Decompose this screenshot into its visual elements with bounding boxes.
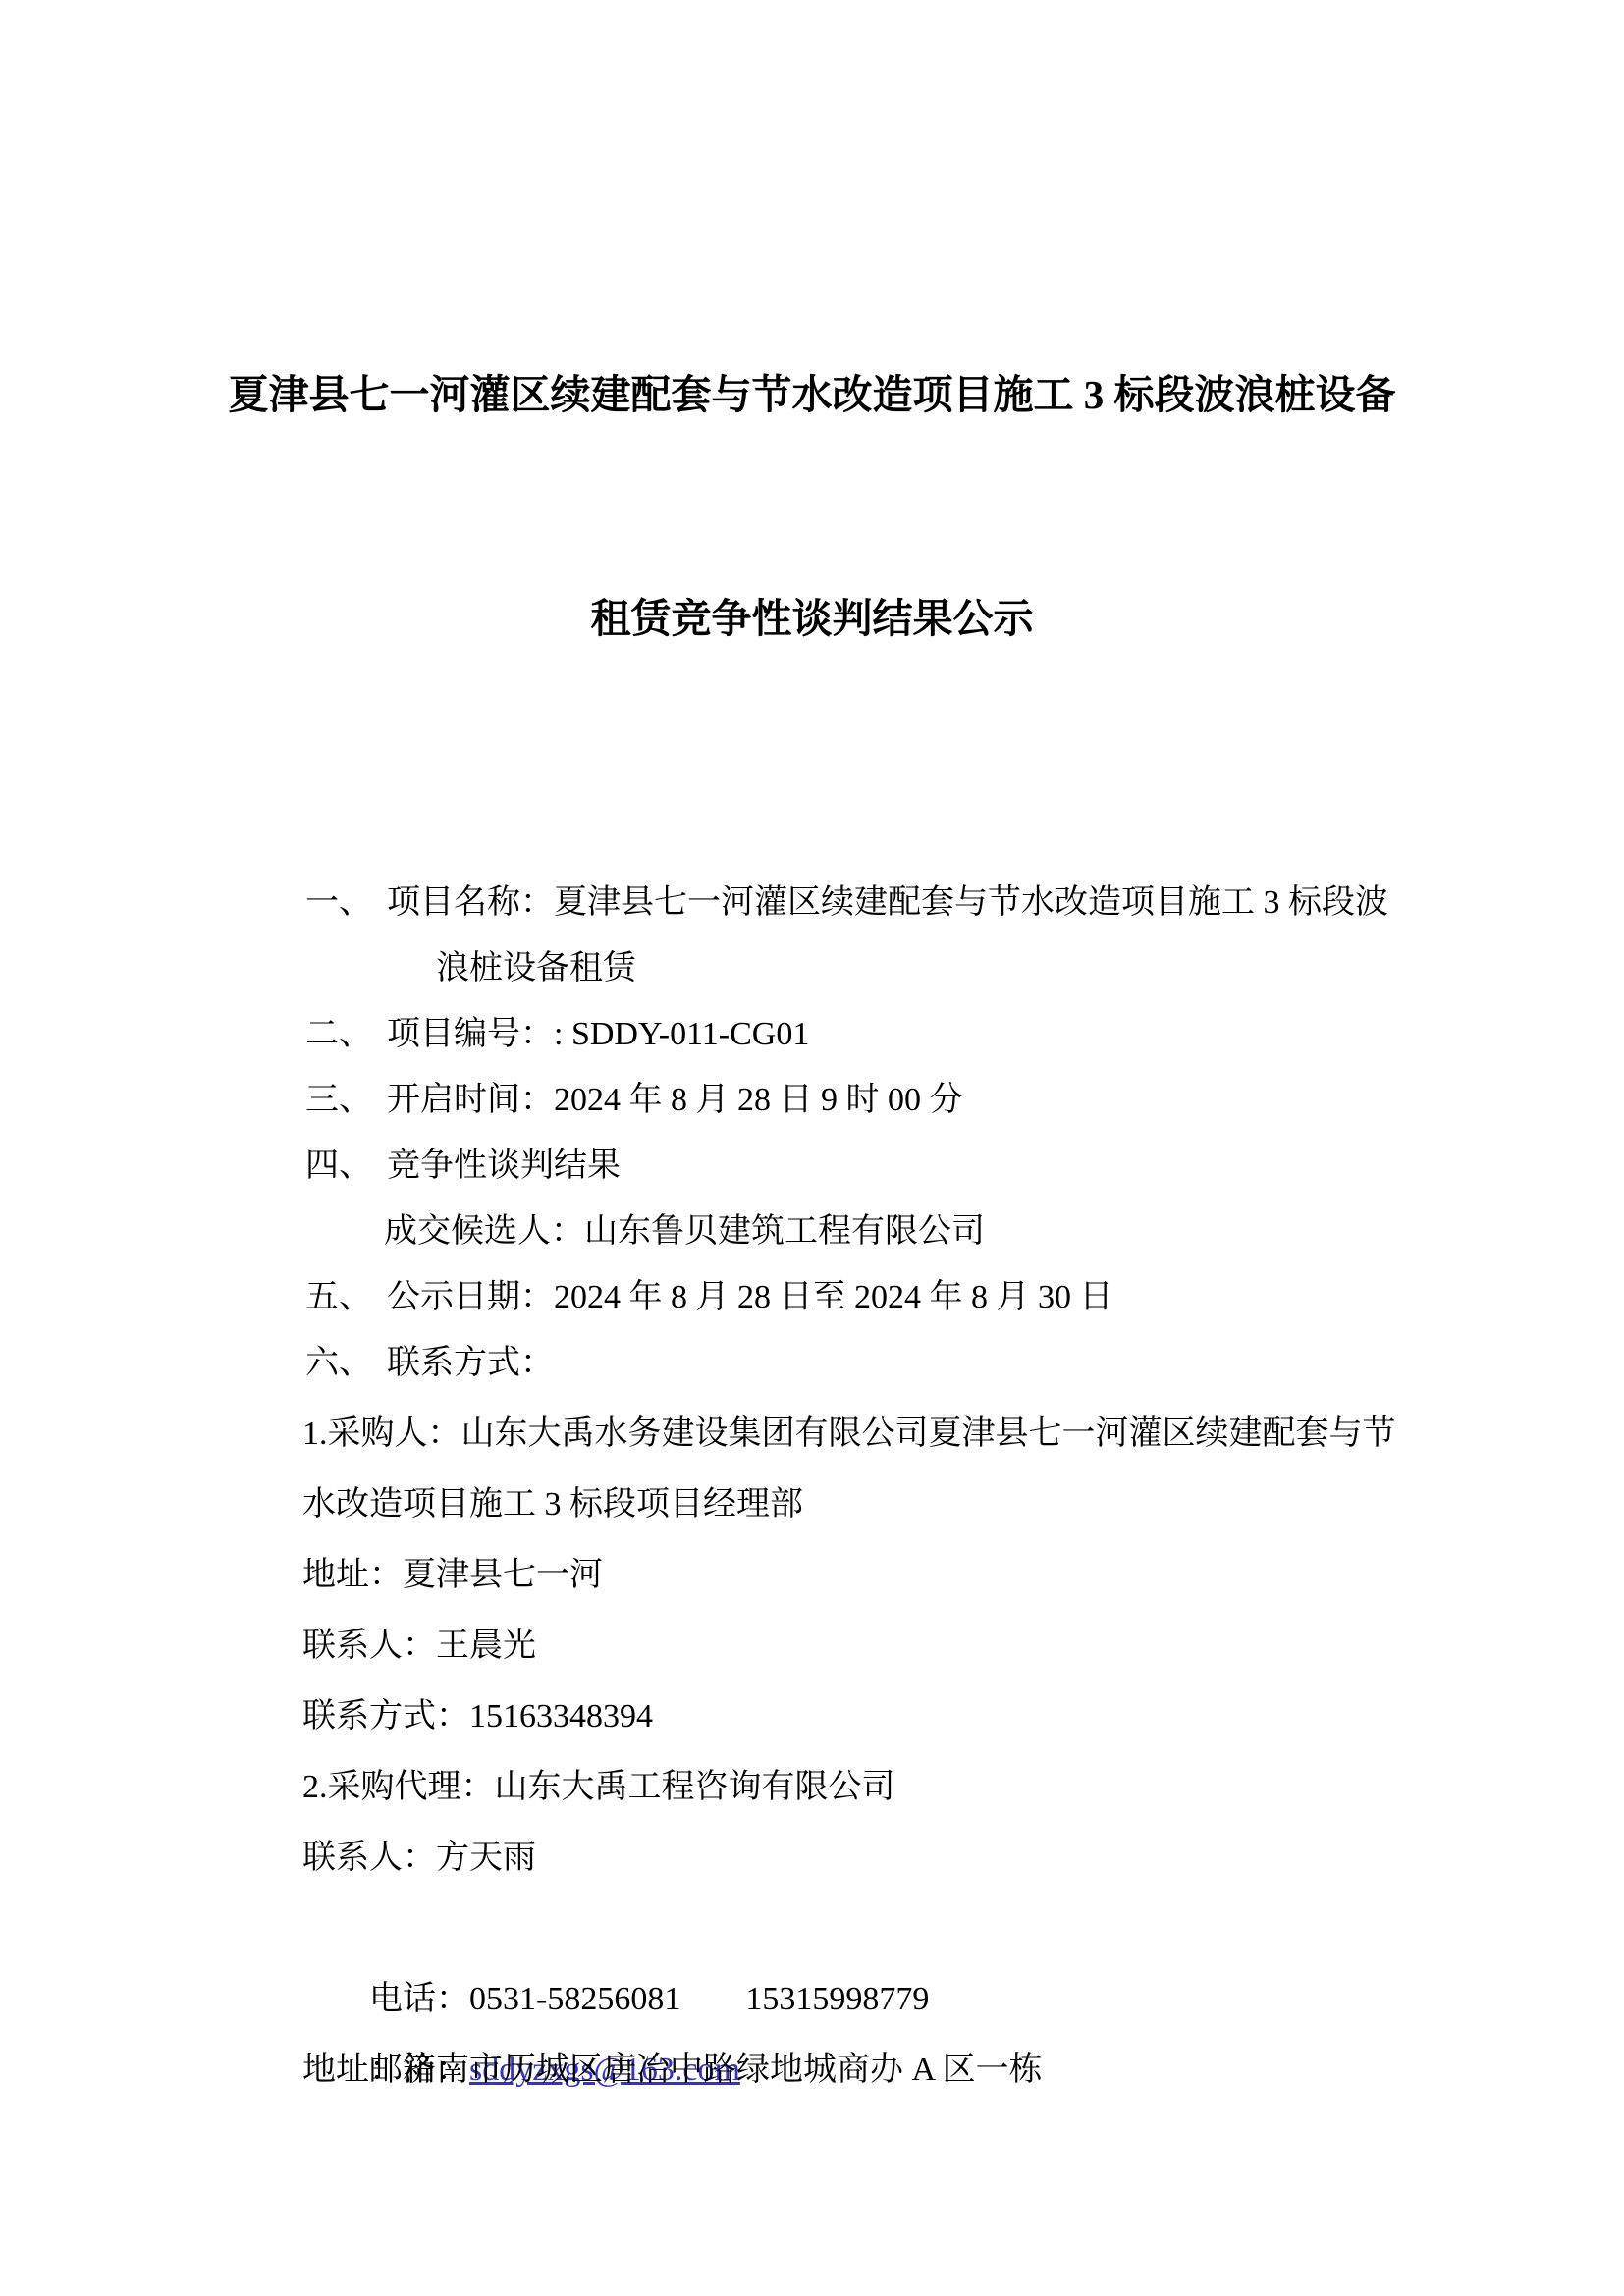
agent-phone-number-1: 0531-58256081 bbox=[469, 1981, 680, 2017]
list-item-opening-time-marker: 三、 bbox=[305, 1067, 387, 1133]
agent-phone-label: 电话： bbox=[369, 1981, 469, 2017]
list-item-project-number-marker: 二、 bbox=[305, 1001, 387, 1067]
list-item-announcement-date-marker: 五、 bbox=[305, 1264, 387, 1330]
buyer-contact-person: 联系人：王晨光 bbox=[0, 1611, 1624, 1682]
agent-name: 2.采购代理：山东大禹工程咨询有限公司 bbox=[0, 1752, 1624, 1823]
list-item-announcement-date-text: 公示日期：2024 年 8 月 28 日至 2024 年 8 月 30 日 bbox=[387, 1264, 1113, 1330]
winning-candidate-line: 成交候选人：山东鲁贝建筑工程有限公司 bbox=[0, 1199, 1624, 1264]
list-item-announcement-date: 五、 公示日期：2024 年 8 月 28 日至 2024 年 8 月 30 日 bbox=[0, 1264, 1624, 1330]
list-item-negotiation-result-marker: 四、 bbox=[305, 1133, 387, 1199]
list-item-project-name: 一、 项目名称：夏津县七一河灌区续建配套与节水改造项目施工 3 标段波 bbox=[0, 870, 1624, 935]
list-item-project-name-text: 项目名称：夏津县七一河灌区续建配套与节水改造项目施工 3 标段波 bbox=[387, 870, 1388, 935]
agent-contact-person: 联系人：方天雨 bbox=[0, 1823, 1624, 1894]
buyer-line1: 1.采购人：山东大禹水务建设集团有限公司夏津县七一河灌区续建配套与节 bbox=[0, 1399, 1624, 1469]
list-item-negotiation-result: 四、 竞争性谈判结果 bbox=[0, 1133, 1624, 1199]
document-page: 夏津县七一河灌区续建配套与节水改造项目施工 3 标段波浪桩设备 租赁竞争性谈判结… bbox=[0, 0, 1624, 2296]
list-item-contact-info-marker: 六、 bbox=[305, 1330, 387, 1396]
list-item-project-name-marker: 一、 bbox=[305, 870, 387, 935]
list-item-negotiation-result-text: 竞争性谈判结果 bbox=[387, 1133, 621, 1199]
document-title: 夏津县七一河灌区续建配套与节水改造项目施工 3 标段波浪桩设备 租赁竞争性谈判结… bbox=[0, 208, 1624, 805]
document-body: 一、 项目名称：夏津县七一河灌区续建配套与节水改造项目施工 3 标段波 浪桩设备… bbox=[0, 870, 1624, 2106]
list-item-project-name-continuation: 浪桩设备租赁 bbox=[0, 935, 1624, 1001]
list-item-project-number-text: 项目编号：: SDDY-011-CG01 bbox=[387, 1001, 809, 1067]
buyer-line2: 水改造项目施工 3 标段项目经理部 bbox=[0, 1469, 1624, 1540]
list-item-opening-time-text: 开启时间：2024 年 8 月 28 日 9 时 00 分 bbox=[387, 1067, 963, 1133]
list-item-contact-info-text: 联系方式： bbox=[387, 1330, 554, 1396]
agent-address: 地址：济南市历城区唐冶中路绿地城商办 A 区一栋 bbox=[0, 2035, 1624, 2106]
agent-phone-number-2: 15315998779 bbox=[745, 1981, 929, 2017]
list-item-opening-time: 三、 开启时间：2024 年 8 月 28 日 9 时 00 分 bbox=[0, 1067, 1624, 1133]
list-item-contact-info: 六、 联系方式： bbox=[0, 1330, 1624, 1396]
agent-phone-line: 电话：0531-5825608115315998779 bbox=[0, 1894, 1624, 1964]
document-title-line2: 租赁竞争性谈判结果公示 bbox=[0, 581, 1624, 656]
contact-details-section: 1.采购人：山东大禹水务建设集团有限公司夏津县七一河灌区续建配套与节 水改造项目… bbox=[0, 1399, 1624, 2106]
buyer-phone: 联系方式：15163348394 bbox=[0, 1682, 1624, 1752]
list-item-project-number: 二、 项目编号：: SDDY-011-CG01 bbox=[0, 1001, 1624, 1067]
buyer-address: 地址：夏津县七一河 bbox=[0, 1540, 1624, 1611]
document-title-line1: 夏津县七一河灌区续建配套与节水改造项目施工 3 标段波浪桩设备 bbox=[0, 357, 1624, 432]
